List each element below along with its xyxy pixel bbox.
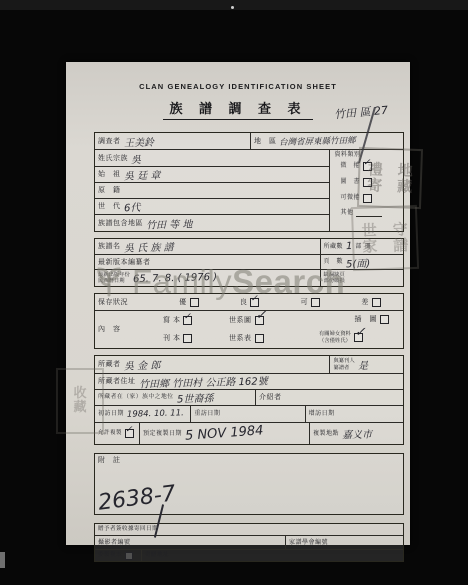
content-col-misc: 插 圖 有關婦女資料 （含僅姓氏） ✓ (307, 311, 403, 348)
surname-value: 吳 (131, 150, 141, 165)
coverage-value: 竹田 等 地 (146, 215, 193, 231)
permission-tick: ✓ (125, 424, 133, 435)
first-visit-value: 1984. 10. 11. (127, 408, 184, 419)
additional-visit-field: 增訪日期 (305, 406, 403, 422)
genealogy-title-label: 族譜名 (98, 243, 121, 250)
permission-checkbox: ✓ (125, 429, 134, 438)
receipt-field: 贈予者簽收據寄回日期 (95, 524, 161, 535)
row-copy-request: 委製複本 寄贈地址 (95, 549, 403, 561)
coverage-field: 族譜包含地區 竹田 等 地 (95, 214, 329, 231)
surname-field: 姓氏宗族 吳 (95, 150, 329, 166)
photographer-field: 攝影者編號 (95, 536, 285, 549)
condition-content-box: 保存狀況 優 良 ✓ 可 差 (94, 293, 404, 349)
origin-label: 原 籍 (98, 187, 121, 194)
copy-place-label: 複製地點 (313, 431, 339, 437)
copy-request-label: 委製複本 (98, 553, 122, 559)
pubdate-field: 最新出版年份 民西曆日期 65. 7. 8. ( 1976 ) (95, 270, 320, 286)
copy-place-value: 嘉义市 (342, 426, 372, 442)
content-row: 內 容 寫 本 ✓ 刊 本 世系圖 ✓ (95, 310, 403, 348)
position-label: 所藏者在（家）族中之地位 (98, 395, 174, 401)
printed-label: 刊 本 (163, 335, 180, 342)
fair-checkbox (311, 298, 320, 307)
row-pubdate-defects: 最新出版年份 民西曆日期 65. 7. 8. ( 1976 ) 缺漏缺頁 部份破… (95, 269, 403, 286)
handwritten-film-note: 竹田 區 27 (333, 102, 388, 123)
founder-field: 始 祖 吳 廷 章 (95, 166, 329, 182)
row-copy-permission: 允許複製 ✓ 預定複製日期 5 NOV 1984 複製地點 嘉义市 (95, 422, 403, 444)
condition-excellent: 優 (179, 298, 199, 307)
row-position-referrer: 所藏者在（家）族中之地位 5世裔孫 介紹者 (95, 389, 403, 405)
referrer-label: 介紹者 (259, 394, 282, 401)
origin-field: 原 籍 (95, 182, 329, 198)
address-field: 所藏者住址 竹田鄉 竹田村 公正路 162號 (95, 374, 403, 389)
copy-date-label: 預定複製日期 (143, 431, 182, 437)
seal-stamp-1: 禮地 寄藏 (357, 147, 423, 209)
notes-label: 附 註 (98, 457, 121, 464)
row-address: 所藏者住址 竹田鄉 竹田村 公正路 162號 (95, 373, 403, 389)
photographer-label: 攝影者編號 (98, 540, 131, 546)
revisit-field: 重訪日期 (190, 406, 304, 422)
content-label-cell: 內 容 (95, 311, 157, 348)
investigator-field: 調查者 王美鈴 (95, 133, 250, 149)
compiler-label: 最新版本編纂者 (98, 259, 151, 266)
surname-label: 姓氏宗族 (98, 155, 128, 162)
good-checkbox: ✓ (250, 298, 259, 307)
area-label: 地 區 (254, 138, 277, 145)
generations-label: 世 代 (98, 203, 121, 210)
donation-address-label: 寄贈地址 (145, 553, 169, 559)
excellent-label: 優 (179, 299, 187, 306)
position-value: 5世裔孫 (176, 390, 213, 406)
content-women: 有關婦女資料 （含僅姓氏） ✓ (307, 331, 403, 344)
women-label: 有關婦女資料 （含僅姓氏） (319, 331, 351, 344)
pubdate-label: 最新出版年份 民西曆日期 (98, 272, 130, 285)
manuscript-checkbox: ✓ (183, 316, 192, 325)
row-receipt: 贈予者簽收據寄回日期 (95, 524, 403, 535)
excellent-checkbox (190, 298, 199, 307)
good-tick: ✓ (250, 293, 258, 304)
genealogy-title-value: 吳 氏 族 譜 (123, 238, 173, 254)
additional-visit-label: 增訪日期 (309, 411, 335, 417)
sheet-title-english: CLAN GENEALOGY IDENTIFICATION SHEET (66, 82, 410, 91)
copy-date-value: 5 NOV 1984 (185, 423, 264, 443)
revisit-label: 重訪日期 (194, 411, 220, 417)
condition-options: 優 良 ✓ 可 差 (157, 294, 403, 310)
owner-field: 所藏者 吳 金 郎 (95, 356, 329, 373)
generations-value: 6代 (123, 199, 140, 214)
condition-label: 保存狀況 (98, 299, 128, 306)
content-pedigree-chart: 世系圖 ✓ (229, 316, 307, 325)
coverage-label: 族譜包含地區 (98, 220, 143, 227)
row-visit-dates: 初訪日期 1984. 10. 11. 重訪日期 增訪日期 (95, 405, 403, 422)
women-checkbox: ✓ (354, 333, 363, 342)
illustrations-label: 插 圖 (355, 316, 378, 323)
film-edge-strip (0, 0, 468, 10)
investigator-value: 王美鈴 (123, 133, 153, 149)
referrer-field: 介紹者 (255, 390, 403, 405)
founder-value: 吳 廷 章 (123, 167, 160, 183)
defects-label: 缺漏缺頁 部份破損 (324, 272, 345, 285)
donation-address-field: 寄贈地址 (141, 550, 403, 561)
content-manuscript: 寫 本 ✓ (157, 316, 229, 325)
compiler-field: 最新版本編纂者 (95, 255, 320, 269)
content-printed: 刊 本 (157, 334, 229, 343)
copy-request-checkbox (125, 552, 133, 560)
pedigree-chart-label: 世系圖 (229, 317, 252, 324)
poor-label: 差 (361, 299, 369, 306)
condition-row: 保存狀況 優 良 ✓ 可 差 (95, 294, 403, 310)
investigator-label: 調查者 (98, 138, 121, 145)
good-label: 良 (240, 299, 248, 306)
pages-label: 頁 數 (324, 259, 344, 265)
content-pedigree-table: 世系表 (229, 334, 307, 343)
owner-value: 吳 金 郎 (123, 357, 160, 373)
seal-stamp-3: 收 藏 (56, 368, 104, 434)
microfilm-label: 微 捲 (340, 163, 360, 169)
copy-request-field: 委製複本 (95, 550, 141, 561)
pedigree-table-label: 世系表 (229, 335, 252, 342)
fair-label: 可 (301, 299, 309, 306)
receipt-label: 贈予者簽收據寄回日期 (98, 527, 158, 533)
area-field: 地 區 台灣省屏東縣竹田鄉 (250, 133, 403, 149)
scanned-form-page: CLAN GENEALOGY IDENTIFICATION SHEET 族 譜 … (66, 62, 410, 545)
generations-field: 世 代 6代 (95, 198, 329, 214)
condition-poor: 差 (361, 298, 381, 307)
copy-date-field: 預定複製日期 5 NOV 1984 (139, 423, 309, 444)
seal-stamp-2: 世守 家譜 (351, 205, 419, 271)
genealogy-title-field: 族譜名 吳 氏 族 譜 (95, 239, 320, 254)
copy-place-field: 複製地點 嘉义市 (309, 423, 403, 444)
printed-checkbox (183, 334, 192, 343)
poor-checkbox (372, 298, 381, 307)
pedigree-table-checkbox (255, 334, 264, 343)
position-field: 所藏者在（家）族中之地位 5世裔孫 (95, 390, 255, 405)
defects-field: 缺漏缺頁 部份破損 (320, 270, 403, 286)
women-tick: ✓ (355, 324, 366, 340)
address-value: 竹田鄉 竹田村 公正路 162號 (138, 372, 267, 390)
owner-box: 所藏者 吳 金 郎 與纂刊人 纂譜者 是 所藏者住址 竹田鄉 竹田村 公正路 1… (94, 355, 404, 445)
row-investigator-area: 調查者 王美鈴 地 區 台灣省屏東縣竹田鄉 (95, 133, 403, 149)
relation-label: 與纂刊人 纂譜者 (333, 358, 354, 371)
processing-box: 贈予者簽收據寄回日期 攝影者編號 家譜學會編號 委製複本 寄贈地址 (94, 523, 404, 562)
founder-label: 始 祖 (98, 171, 121, 178)
owner-label: 所藏者 (98, 361, 121, 368)
content-illustrations: 插 圖 (307, 315, 403, 324)
condition-label-cell: 保存狀況 (95, 294, 157, 310)
illustrations-checkbox (380, 315, 389, 324)
sheet-title-chinese: 族 譜 調 查 表 (163, 98, 313, 120)
first-visit-field: 初訪日期 1984. 10. 11. (95, 406, 190, 422)
manuscript-label: 寫 本 (163, 317, 180, 324)
society-number-field: 家譜學會編號 (285, 536, 403, 549)
content-col-pedigree: 世系圖 ✓ 世系表 (229, 311, 307, 348)
copies-label: 所藏數 (324, 244, 344, 250)
content-col-manuscript: 寫 本 ✓ 刊 本 (157, 311, 229, 348)
row-numbers: 攝影者編號 家譜學會編號 (95, 535, 403, 549)
relation-field: 與纂刊人 纂譜者 是 (329, 356, 403, 373)
row-owner-relation: 所藏者 吳 金 郎 與纂刊人 纂譜者 是 (95, 356, 403, 373)
film-speck (231, 6, 234, 9)
manuscript-tick: ✓ (183, 311, 191, 322)
relation-value: 是 (357, 357, 367, 372)
identification-left: 姓氏宗族 吳 始 祖 吳 廷 章 原 籍 世 代 6代 (95, 150, 329, 231)
content-label: 內 容 (98, 326, 121, 333)
film-notch (0, 552, 5, 568)
condition-good: 良 ✓ (240, 298, 260, 307)
pedigree-chart-tick: ✓ (256, 307, 267, 323)
area-value: 台灣省屏東縣竹田鄉 (279, 134, 356, 148)
condition-fair: 可 (301, 298, 321, 307)
pedigree-chart-checkbox: ✓ (255, 316, 264, 325)
pubdate-value: 65. 7. 8. ( 1976 ) (133, 271, 217, 284)
society-number-label: 家譜學會編號 (289, 540, 328, 546)
